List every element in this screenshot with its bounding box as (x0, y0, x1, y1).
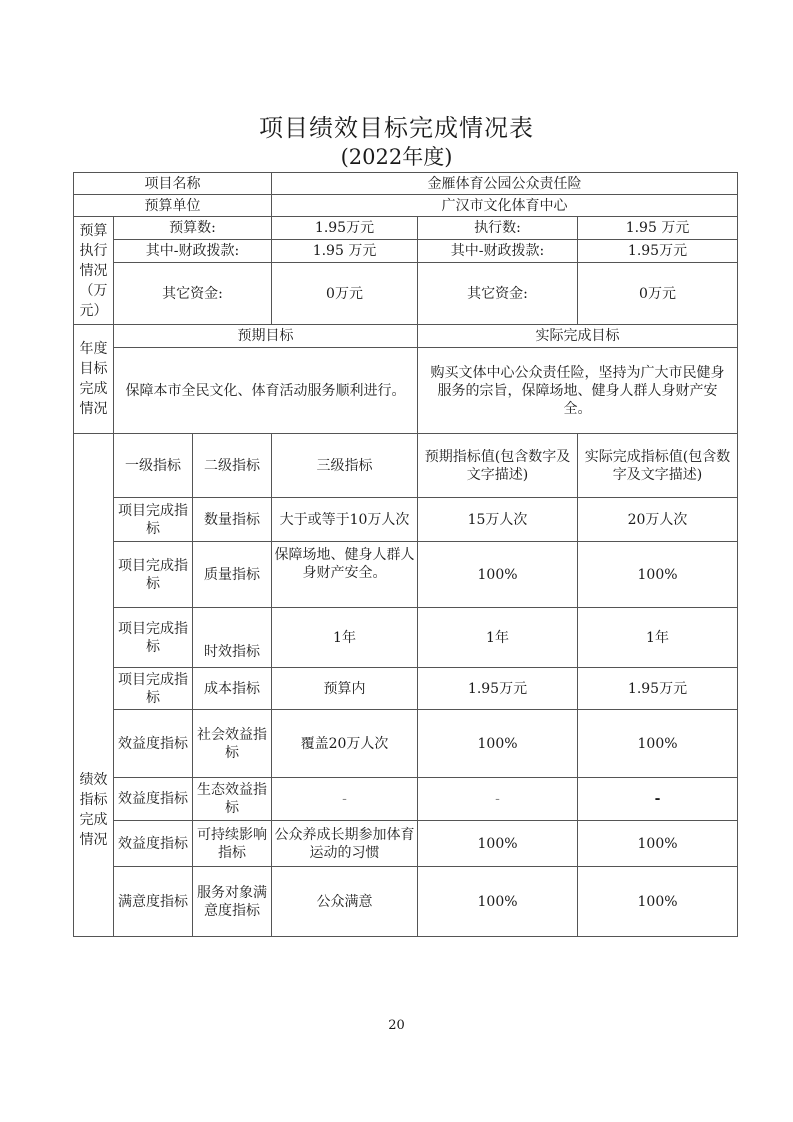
annual-goal-section-label: 年度目标完成情况 (74, 325, 114, 434)
indicator-actual: 100% (578, 821, 738, 867)
indicator-level1: 效益度指标 (114, 821, 193, 867)
header-level3: 三级指标 (272, 434, 418, 498)
indicator-level2: 数量指标 (193, 498, 272, 542)
indicator-row: 项目完成指标 时效指标 1年 1年 1年 (74, 608, 738, 668)
budget-unit-value: 广汉市文化体育中心 (272, 195, 738, 217)
indicator-actual: 100% (578, 867, 738, 937)
header-expected: 预期指标值(包含数字及文字描述) (418, 434, 578, 498)
indicator-level1: 项目完成指标 (114, 498, 193, 542)
indicator-level2: 可持续影响指标 (193, 821, 272, 867)
indicator-level3: 覆盖20万人次 (272, 710, 418, 778)
indicator-expected: 100% (418, 542, 578, 608)
indicator-level1: 效益度指标 (114, 778, 193, 821)
actual-goal-text: 购买文体中心公众责任险，坚持为广大市民健身服务的宗旨，保障场地、健身人群人身财产… (418, 348, 738, 434)
expected-goal-header: 预期目标 (114, 325, 418, 348)
indicator-actual: 100% (578, 710, 738, 778)
header-level1: 一级指标 (114, 434, 193, 498)
indicator-expected: 100% (418, 821, 578, 867)
indicator-expected: 15万人次 (418, 498, 578, 542)
expected-goal-text: 保障本市全民文化、体育活动服务顺利进行。 (114, 348, 418, 434)
project-name-value: 金雁体育公园公众责任险 (272, 173, 738, 195)
page-title: 项目绩效目标完成情况表 (0, 108, 793, 143)
indicator-row: 效益度指标 可持续影响指标 公众养成长期参加体育运动的习惯 100% 100% (74, 821, 738, 867)
fiscal-exec-label: 其中-财政拨款: (418, 240, 578, 263)
indicator-level1: 项目完成指标 (114, 542, 193, 608)
executed-value: 1.95 万元 (578, 217, 738, 240)
budget-section-label: 预算执行情况（万元） (74, 217, 114, 325)
indicator-actual: 1.95万元 (578, 668, 738, 710)
indicator-level3: 预算内 (272, 668, 418, 710)
indicator-level2: 生态效益指标 (193, 778, 272, 821)
indicator-level1: 效益度指标 (114, 710, 193, 778)
indicator-level1: 项目完成指标 (114, 608, 193, 668)
annual-goal-header-row: 年度目标完成情况 预期目标 实际完成目标 (74, 325, 738, 348)
indicator-header-row: 绩效指标完成情况 一级指标 二级指标 三级指标 预期指标值(包含数字及文字描述)… (74, 434, 738, 498)
budget-row: 其它资金: 0万元 其它资金: 0万元 (74, 263, 738, 325)
indicator-expected: 100% (418, 867, 578, 937)
project-name-row: 项目名称 金雁体育公园公众责任险 (74, 173, 738, 195)
indicator-row: 效益度指标 社会效益指标 覆盖20万人次 100% 100% (74, 710, 738, 778)
page-number: 20 (0, 1018, 793, 1033)
budget-row: 其中-财政拨款: 1.95 万元 其中-财政拨款: 1.95万元 (74, 240, 738, 263)
indicator-level3: 公众满意 (272, 867, 418, 937)
indicator-actual: 100% (578, 542, 738, 608)
indicator-level2: 质量指标 (193, 542, 272, 608)
budget-unit-label: 预算单位 (74, 195, 272, 217)
executed-label: 执行数: (418, 217, 578, 240)
other-funds-exec-label: 其它资金: (418, 263, 578, 325)
indicator-level1: 满意度指标 (114, 867, 193, 937)
indicator-level1: 项目完成指标 (114, 668, 193, 710)
indicator-level3: 保障场地、健身人群人身财产安全。 (272, 542, 418, 608)
indicator-section-label: 绩效指标完成情况 (74, 434, 114, 937)
indicator-row: 效益度指标 生态效益指标 - - - (74, 778, 738, 821)
other-funds-exec-value: 0万元 (578, 263, 738, 325)
performance-table: 项目名称 金雁体育公园公众责任险 预算单位 广汉市文化体育中心 预算执行情况（万… (73, 172, 738, 937)
budget-row: 预算执行情况（万元） 预算数: 1.95万元 执行数: 1.95 万元 (74, 217, 738, 240)
indicator-row: 项目完成指标 质量指标 保障场地、健身人群人身财产安全。 100% 100% (74, 542, 738, 608)
fiscal-label: 其中-财政拨款: (114, 240, 272, 263)
indicator-expected: 100% (418, 710, 578, 778)
header-actual: 实际完成指标值(包含数字及文字描述) (578, 434, 738, 498)
indicator-level2: 成本指标 (193, 668, 272, 710)
header-level2: 二级指标 (193, 434, 272, 498)
fiscal-value: 1.95 万元 (272, 240, 418, 263)
indicator-actual: 1年 (578, 608, 738, 668)
indicator-level2: 社会效益指标 (193, 710, 272, 778)
budget-label: 预算数: (114, 217, 272, 240)
indicator-level3: 公众养成长期参加体育运动的习惯 (272, 821, 418, 867)
indicator-row: 项目完成指标 数量指标 大于或等于10万人次 15万人次 20万人次 (74, 498, 738, 542)
indicator-row: 项目完成指标 成本指标 预算内 1.95万元 1.95万元 (74, 668, 738, 710)
budget-value: 1.95万元 (272, 217, 418, 240)
fiscal-exec-value: 1.95万元 (578, 240, 738, 263)
indicator-level2: 时效指标 (193, 608, 272, 668)
indicator-row: 满意度指标 服务对象满意度指标 公众满意 100% 100% (74, 867, 738, 937)
indicator-expected: 1.95万元 (418, 668, 578, 710)
annual-goal-row: 保障本市全民文化、体育活动服务顺利进行。 购买文体中心公众责任险，坚持为广大市民… (74, 348, 738, 434)
indicator-actual: - (578, 778, 738, 821)
budget-unit-row: 预算单位 广汉市文化体育中心 (74, 195, 738, 217)
indicator-expected: - (418, 778, 578, 821)
indicator-expected: 1年 (418, 608, 578, 668)
other-funds-label: 其它资金: (114, 263, 272, 325)
actual-goal-header: 实际完成目标 (418, 325, 738, 348)
page-subtitle: (2022年度) (0, 141, 793, 171)
indicator-actual: 20万人次 (578, 498, 738, 542)
indicator-level3: - (272, 778, 418, 821)
project-name-label: 项目名称 (74, 173, 272, 195)
other-funds-value: 0万元 (272, 263, 418, 325)
indicator-level3: 大于或等于10万人次 (272, 498, 418, 542)
indicator-level3: 1年 (272, 608, 418, 668)
indicator-level2: 服务对象满意度指标 (193, 867, 272, 937)
